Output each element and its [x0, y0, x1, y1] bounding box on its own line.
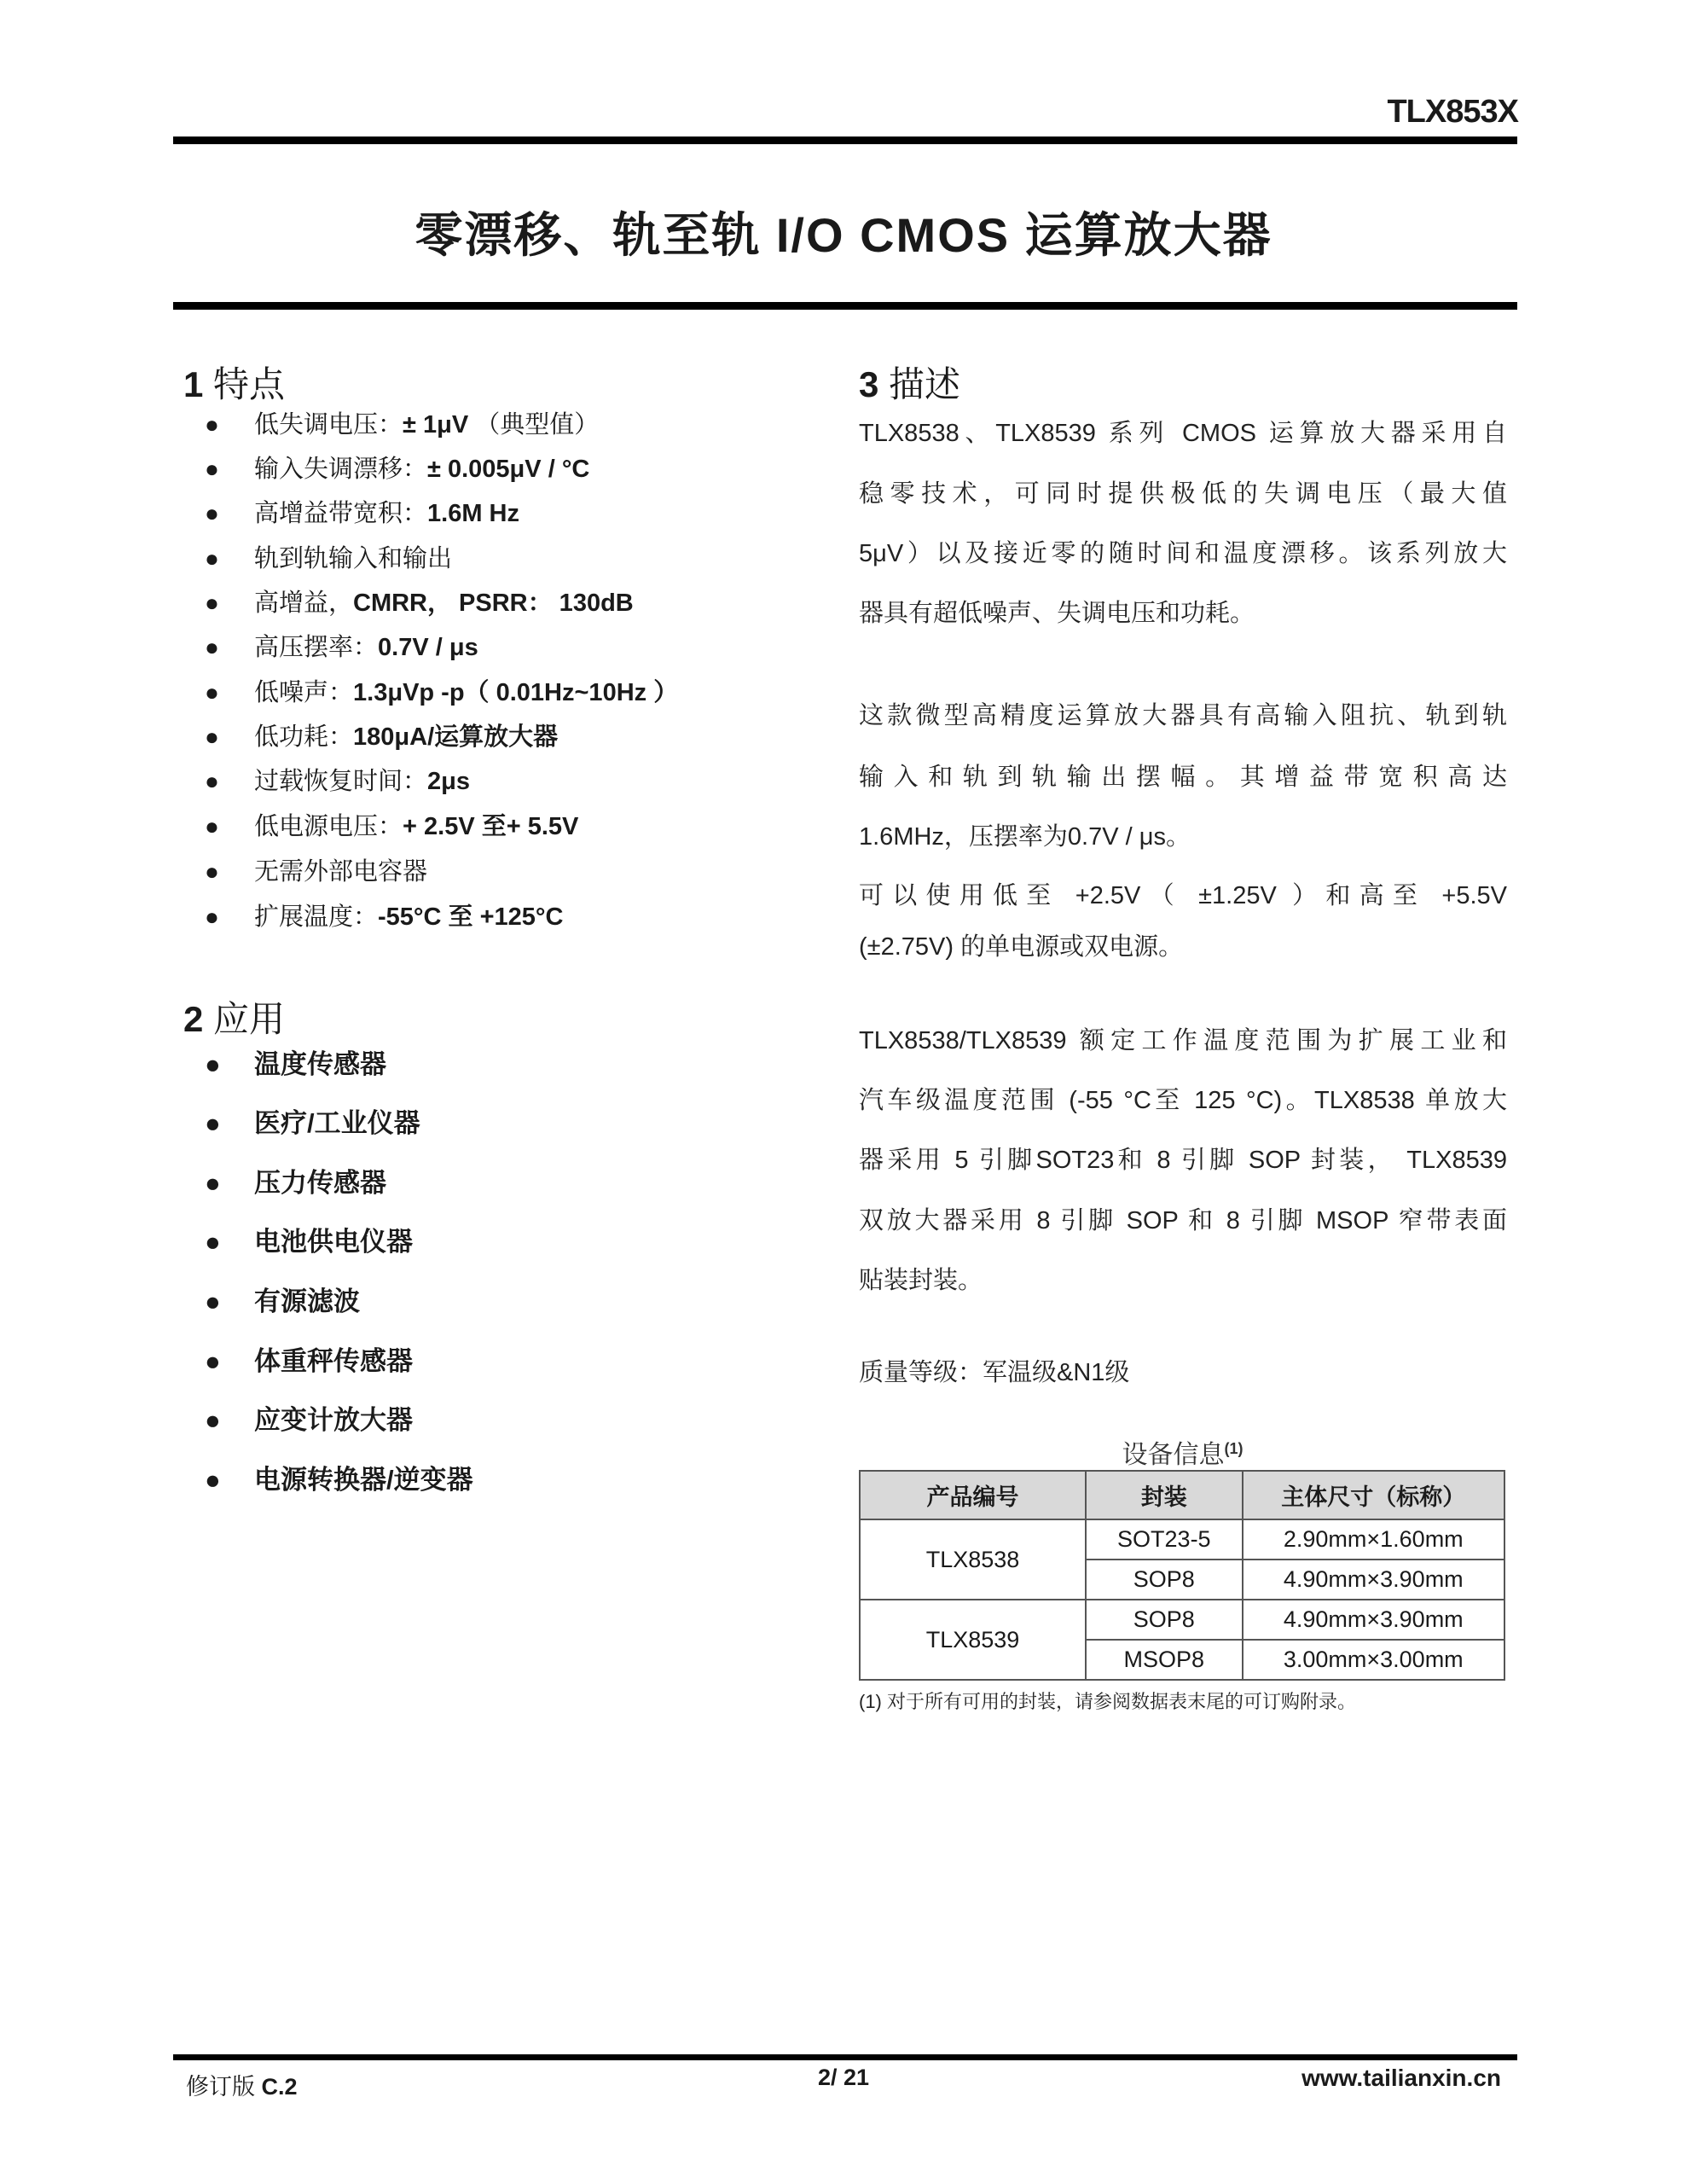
feature-value: 2μs: [427, 768, 470, 795]
application-item: ●应变计放大器: [205, 1403, 413, 1438]
table-caption: 设备信息(1): [861, 1433, 1504, 1471]
description-line: TLX8538、TLX8539 系列 CMOS 运算放大器采用自: [859, 416, 1507, 450]
bullet-icon: ●: [205, 452, 254, 486]
section-title: 描述: [889, 364, 960, 404]
feature-label: 低失调电压：: [254, 411, 403, 439]
size-cell: 4.90mm×3.90mm: [1243, 1560, 1504, 1600]
column-header: 主体尺寸（标称）: [1243, 1471, 1504, 1519]
feature-item: ●扩展温度：-55°C 至 +125°C: [205, 900, 563, 934]
application-label: 温度传感器: [254, 1049, 386, 1079]
bullet-icon: ●: [205, 676, 254, 710]
feature-value: -55°C 至 +125°C: [378, 903, 563, 931]
description-line: 5μV）以及接近零的随时间和温度漂移。该系列放大: [859, 537, 1507, 571]
header-rule: [173, 136, 1517, 144]
column-header: 封装: [1086, 1471, 1242, 1519]
description-line: 贴装封装。: [859, 1263, 1507, 1298]
bullet-icon: ●: [205, 1166, 254, 1200]
bullet-icon: ●: [205, 1107, 254, 1141]
bullet-icon: ●: [205, 542, 254, 576]
feature-value: 1.6M Hz: [427, 500, 519, 527]
feature-label: 扩展温度：: [254, 903, 378, 931]
part-number-cell: TLX8539: [860, 1600, 1086, 1680]
feature-label: 过载恢复时间：: [254, 768, 427, 795]
feature-item: ●低噪声：1.3μVp -p（ 0.01Hz~10Hz ）: [205, 676, 678, 710]
feature-item: ●低失调电压：± 1μV （典型值）: [205, 408, 599, 442]
feature-value: + 2.5V 至+ 5.5V: [403, 813, 578, 840]
feature-item: ●无需外部电容器: [205, 855, 427, 889]
application-item: ●医疗/工业仪器: [205, 1107, 420, 1141]
description-line: 可以使用低至 +2.5V（ ±1.25V ）和高至 +5.5V: [859, 879, 1507, 913]
feature-label: 高压摆率：: [254, 634, 378, 661]
bullet-icon: ●: [205, 586, 254, 620]
table-header-row: 产品编号 封装 主体尺寸（标称）: [860, 1471, 1504, 1519]
size-cell: 4.90mm×3.90mm: [1243, 1600, 1504, 1640]
application-label: 压力传感器: [254, 1168, 386, 1198]
description-line: 器采用 5 引脚SOT23和 8 引脚 SOP 封装， TLX8539: [859, 1143, 1507, 1177]
section-number: 2: [183, 999, 203, 1039]
feature-label: 高增益带宽积：: [254, 500, 427, 527]
feature-label: 输入失调漂移：: [254, 456, 427, 483]
feature-value: 0.7V / μs: [378, 634, 478, 661]
bullet-icon: ●: [205, 408, 254, 442]
bullet-icon: ●: [205, 1403, 254, 1438]
bullet-icon: ●: [205, 497, 254, 531]
caption-note: (1): [1225, 1440, 1244, 1457]
package-cell: SOT23-5: [1086, 1519, 1242, 1560]
footer-rule: [173, 2054, 1517, 2060]
feature-value: 1.3μVp -p（ 0.01Hz~10Hz ）: [353, 679, 678, 706]
feature-label: 无需外部电容器: [254, 858, 427, 886]
application-label: 应变计放大器: [254, 1405, 413, 1435]
section-applications-heading: 2 应用: [183, 991, 285, 1043]
section-number: 3: [859, 364, 878, 404]
section-number: 1: [183, 364, 203, 404]
description-line: (±2.75V) 的单电源或双电源。: [859, 930, 1507, 964]
feature-value: ± 0.005μV / °C: [427, 456, 589, 483]
size-cell: 3.00mm×3.00mm: [1243, 1640, 1504, 1680]
website-link[interactable]: www.tailianxin.cn: [1301, 2065, 1501, 2092]
table-row: TLX8538 SOT23-5 2.90mm×1.60mm: [860, 1519, 1504, 1560]
document-id: TLX853X: [1387, 94, 1518, 131]
section-features-heading: 1 特点: [183, 357, 285, 408]
feature-item: ●低电源电压：+ 2.5V 至+ 5.5V: [205, 810, 578, 844]
application-label: 有源滤波: [254, 1287, 360, 1316]
feature-label: 低功耗：: [254, 723, 353, 751]
application-item: ●压力传感器: [205, 1166, 386, 1200]
bullet-icon: ●: [205, 810, 254, 844]
application-item: ●体重秤传感器: [205, 1345, 413, 1379]
bullet-icon: ●: [205, 900, 254, 934]
section-title: 特点: [213, 364, 285, 404]
description-line: 这款微型高精度运算放大器具有高输入阻抗、轨到轨: [859, 699, 1507, 733]
description-line: TLX8538/TLX8539 额定工作温度范围为扩展工业和: [859, 1024, 1507, 1058]
description-line: 输入和轨到轨输出摆幅。其增益带宽积高达: [859, 760, 1507, 794]
table-footnote: (1) 对于所有可用的封装，请参阅数据表末尾的可订购附录。: [859, 1687, 1356, 1714]
bullet-icon: ●: [205, 1225, 254, 1259]
feature-item: ●高压摆率：0.7V / μs: [205, 630, 478, 665]
application-item: ●电池供电仪器: [205, 1225, 413, 1259]
feature-item: ●低功耗：180μA/运算放大器: [205, 720, 558, 754]
part-number-cell: TLX8538: [860, 1519, 1086, 1600]
section-title: 应用: [213, 999, 285, 1039]
bullet-icon: ●: [205, 630, 254, 665]
bullet-icon: ●: [205, 1048, 254, 1082]
application-label: 电池供电仪器: [254, 1227, 413, 1257]
feature-item: ●轨到轨输入和输出: [205, 542, 452, 576]
feature-item: ●高增益带宽积：1.6M Hz: [205, 497, 519, 531]
bullet-icon: ●: [205, 1345, 254, 1379]
application-label: 电源转换器/逆变器: [254, 1465, 473, 1495]
bullet-icon: ●: [205, 764, 254, 799]
quality-grade: 质量等级：军温级&N1级: [859, 1356, 1507, 1390]
feature-value: ± 1μV: [403, 411, 468, 439]
description-line: 器具有超低噪声、失调电压和功耗。: [859, 596, 1507, 630]
feature-label: 低噪声：: [254, 679, 353, 706]
application-item: ●电源转换器/逆变器: [205, 1463, 473, 1497]
feature-label: 低电源电压：: [254, 813, 403, 840]
table-row: TLX8539 SOP8 4.90mm×3.90mm: [860, 1600, 1504, 1640]
caption-text: 设备信息: [1122, 1441, 1225, 1469]
feature-label: 高增益，: [254, 590, 353, 617]
feature-value: 180μA/运算放大器: [353, 723, 558, 751]
feature-item: ●高增益，CMRR， PSRR： 130dB: [205, 586, 634, 620]
bullet-icon: ●: [205, 855, 254, 889]
application-item: ●有源滤波: [205, 1285, 360, 1319]
feature-item: ●输入失调漂移：± 0.005μV / °C: [205, 452, 589, 486]
package-cell: SOP8: [1086, 1560, 1242, 1600]
package-cell: SOP8: [1086, 1600, 1242, 1640]
description-line: 稳零技术，可同时提供极低的失调电压（最大值: [859, 477, 1507, 511]
feature-value: CMRR， PSRR： 130dB: [353, 590, 634, 617]
description-line: 双放大器采用 8 引脚 SOP 和 8 引脚 MSOP 窄带表面: [859, 1204, 1507, 1238]
feature-label: 轨到轨输入和输出: [254, 545, 452, 572]
bullet-icon: ●: [205, 1285, 254, 1319]
device-info-table: 产品编号 封装 主体尺寸（标称） TLX8538 SOT23-5 2.90mm×…: [859, 1470, 1505, 1681]
size-cell: 2.90mm×1.60mm: [1243, 1519, 1504, 1560]
feature-suffix: （典型值）: [475, 411, 599, 439]
application-label: 体重秤传感器: [254, 1346, 413, 1376]
title-rule: [173, 302, 1517, 310]
bullet-icon: ●: [205, 720, 254, 754]
column-header: 产品编号: [860, 1471, 1086, 1519]
package-cell: MSOP8: [1086, 1640, 1242, 1680]
section-description-heading: 3 描述: [859, 357, 960, 408]
page-title: 零漂移、轨至轨 I/O CMOS 运算放大器: [0, 198, 1687, 266]
description-line: 1.6MHz，压摆率为0.7V / μs。: [859, 820, 1507, 854]
application-label: 医疗/工业仪器: [254, 1108, 420, 1138]
application-item: ●温度传感器: [205, 1048, 386, 1082]
description-line: 汽车级温度范围 (-55 °C至 125 °C)。TLX8538 单放大: [859, 1083, 1507, 1118]
bullet-icon: ●: [205, 1463, 254, 1497]
feature-item: ●过载恢复时间：2μs: [205, 764, 470, 799]
